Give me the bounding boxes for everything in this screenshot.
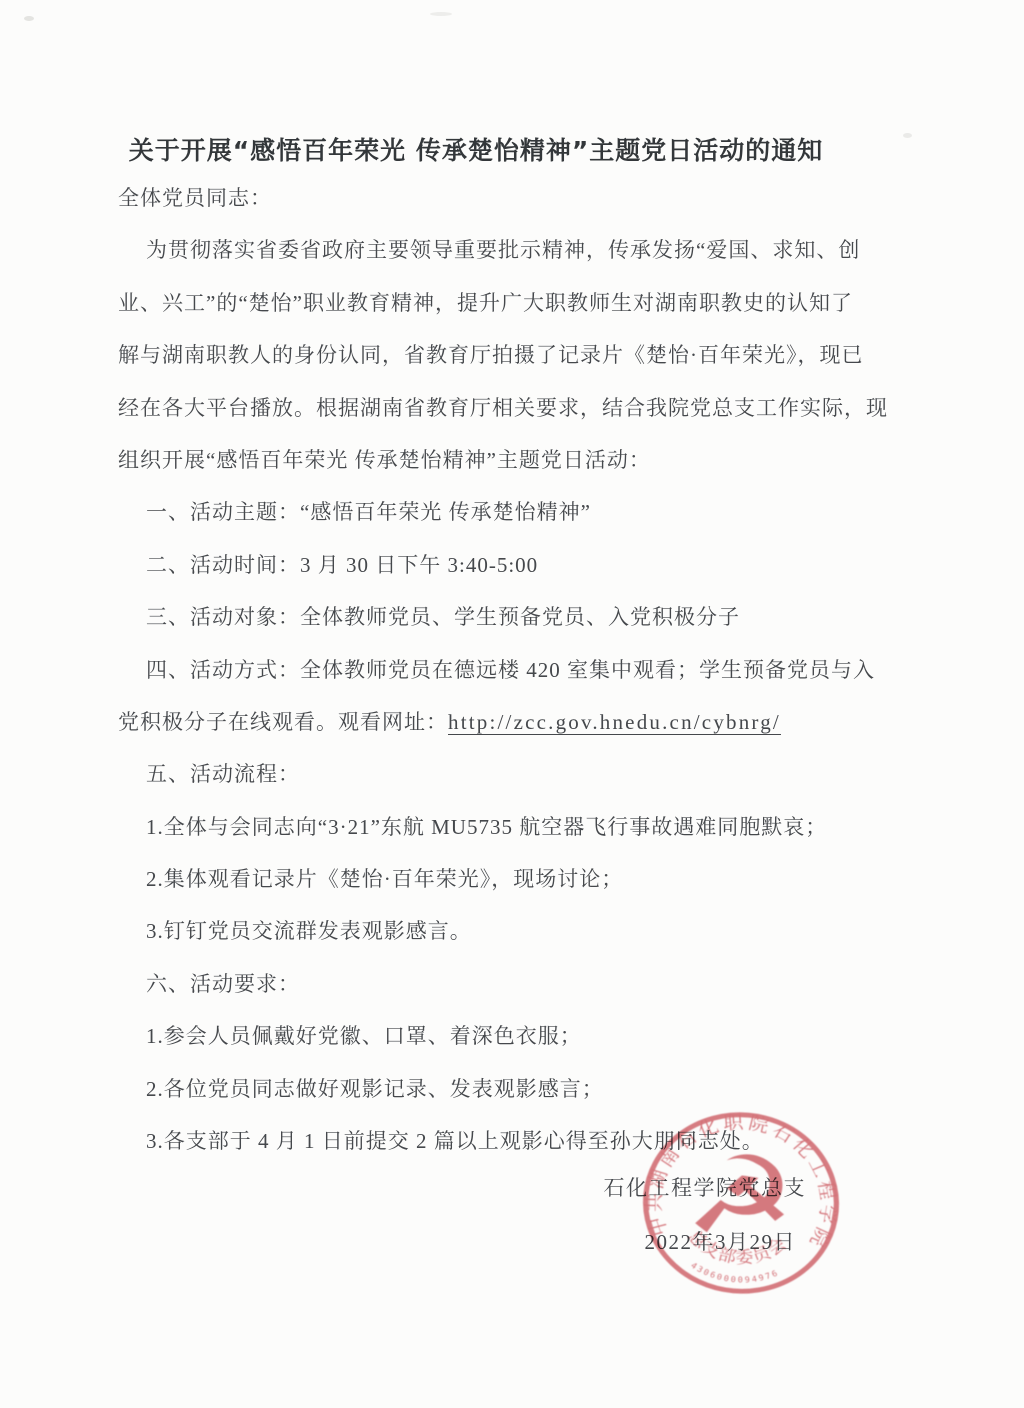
document-line: 1.参会人员佩戴好党徽、口罩、着深色衣服； xyxy=(118,1010,918,1062)
document-lines: 全体党员同志：为贯彻落实省委省政府主要领导重要批示精神，传承发扬“爱国、求知、创… xyxy=(118,172,918,1167)
document-line: 解与湖南职教人的身份认同，省教育厅拍摄了记录片《楚怡·百年荣光》，现已 xyxy=(118,329,918,381)
document-line: 3.钉钉党员交流群发表观影感言。 xyxy=(118,905,918,957)
scanned-document-page: 关于开展“感悟百年荣光 传承楚怡精神”主题党日活动的通知 全体党员同志：为贯彻落… xyxy=(0,0,1024,1408)
document-line: 1.全体与会同志向“3·21”东航 MU5735 航空器飞行事故遇难同胞默哀； xyxy=(118,801,918,853)
document-line: 2.各位党员同志做好观影记录、发表观影感言； xyxy=(118,1063,918,1115)
line-text: 一、活动主题：“感悟百年荣光 传承楚怡精神” xyxy=(146,500,591,524)
document-line: 为贯彻落实省委省政府主要领导重要批示精神，传承发扬“爱国、求知、创 xyxy=(118,224,918,276)
line-text: 业、兴工”的“楚怡”职业教育精神，提升广大职教师生对湖南职教史的认知了 xyxy=(118,291,853,315)
document-line: 党积极分子在线观看。观看网址：http://zcc.gov.hnedu.cn/c… xyxy=(118,696,918,748)
line-text: 四、活动方式：全体教师党员在德远楼 420 室集中观看；学生预备党员与入 xyxy=(146,658,875,682)
line-text: 1.参会人员佩戴好党徽、口罩、着深色衣服； xyxy=(146,1024,582,1048)
document-line: 五、活动流程： xyxy=(118,748,918,800)
line-text: 解与湖南职教人的身份认同，省教育厅拍摄了记录片《楚怡·百年荣光》，现已 xyxy=(118,343,864,367)
document-line: 2.集体观看记录片《楚怡·百年荣光》，现场讨论； xyxy=(118,853,918,905)
document-line: 二、活动时间：3 月 30 日下午 3:40-5:00 xyxy=(118,539,918,591)
line-text: 为贯彻落实省委省政府主要领导重要批示精神，传承发扬“爱国、求知、创 xyxy=(146,238,860,262)
line-text: 经在各大平台播放。根据湖南省教育厅相关要求，结合我院党总支工作实际，现 xyxy=(118,396,888,420)
scan-speck xyxy=(24,16,34,21)
document-line: 组织开展“感悟百年荣光 传承楚怡精神”主题党日活动： xyxy=(118,434,918,486)
line-text: 全体党员同志： xyxy=(118,186,272,210)
line-text: 2.集体观看记录片《楚怡·百年荣光》，现场讨论； xyxy=(146,867,623,891)
line-text: 五、活动流程： xyxy=(146,762,300,786)
line-text: 2.各位党员同志做好观影记录、发表观影感言； xyxy=(146,1077,604,1101)
line-text: 三、活动对象：全体教师党员、学生预备党员、入党积极分子 xyxy=(146,605,740,629)
line-text: 组织开展“感悟百年荣光 传承楚怡精神”主题党日活动： xyxy=(118,448,651,472)
scan-speck xyxy=(430,12,452,16)
document-line: 业、兴工”的“楚怡”职业教育精神，提升广大职教师生对湖南职教史的认知了 xyxy=(118,277,918,329)
document-line: 六、活动要求： xyxy=(118,958,918,1010)
official-seal: ☭ 中共湖南石化职院石化工程学院 总支部委员会 4306000094976 xyxy=(628,1097,854,1309)
line-text: 党积极分子在线观看。观看网址： xyxy=(118,710,448,734)
line-text: 1.全体与会同志向“3·21”东航 MU5735 航空器飞行事故遇难同胞默哀； xyxy=(146,815,827,839)
document-title: 关于开展“感悟百年荣光 传承楚怡精神”主题党日活动的通知 xyxy=(0,131,952,167)
line-text: 二、活动时间：3 月 30 日下午 3:40-5:00 xyxy=(146,553,538,577)
document-line: 四、活动方式：全体教师党员在德远楼 420 室集中观看；学生预备党员与入 xyxy=(118,644,918,696)
document-line: 三、活动对象：全体教师党员、学生预备党员、入党积极分子 xyxy=(118,591,918,643)
line-text: 3.钉钉党员交流群发表观影感言。 xyxy=(146,919,472,943)
document-line: 经在各大平台播放。根据湖南省教育厅相关要求，结合我院党总支工作实际，现 xyxy=(118,382,918,434)
official-seal-graphic: ☭ 中共湖南石化职院石化工程学院 总支部委员会 4306000094976 xyxy=(628,1097,854,1309)
line-text: 六、活动要求： xyxy=(146,972,300,996)
document-line: 全体党员同志： xyxy=(118,172,918,224)
watch-url-link: http://zcc.gov.hnedu.cn/cybnrg/ xyxy=(448,710,781,734)
document-line: 一、活动主题：“感悟百年荣光 传承楚怡精神” xyxy=(118,486,918,538)
